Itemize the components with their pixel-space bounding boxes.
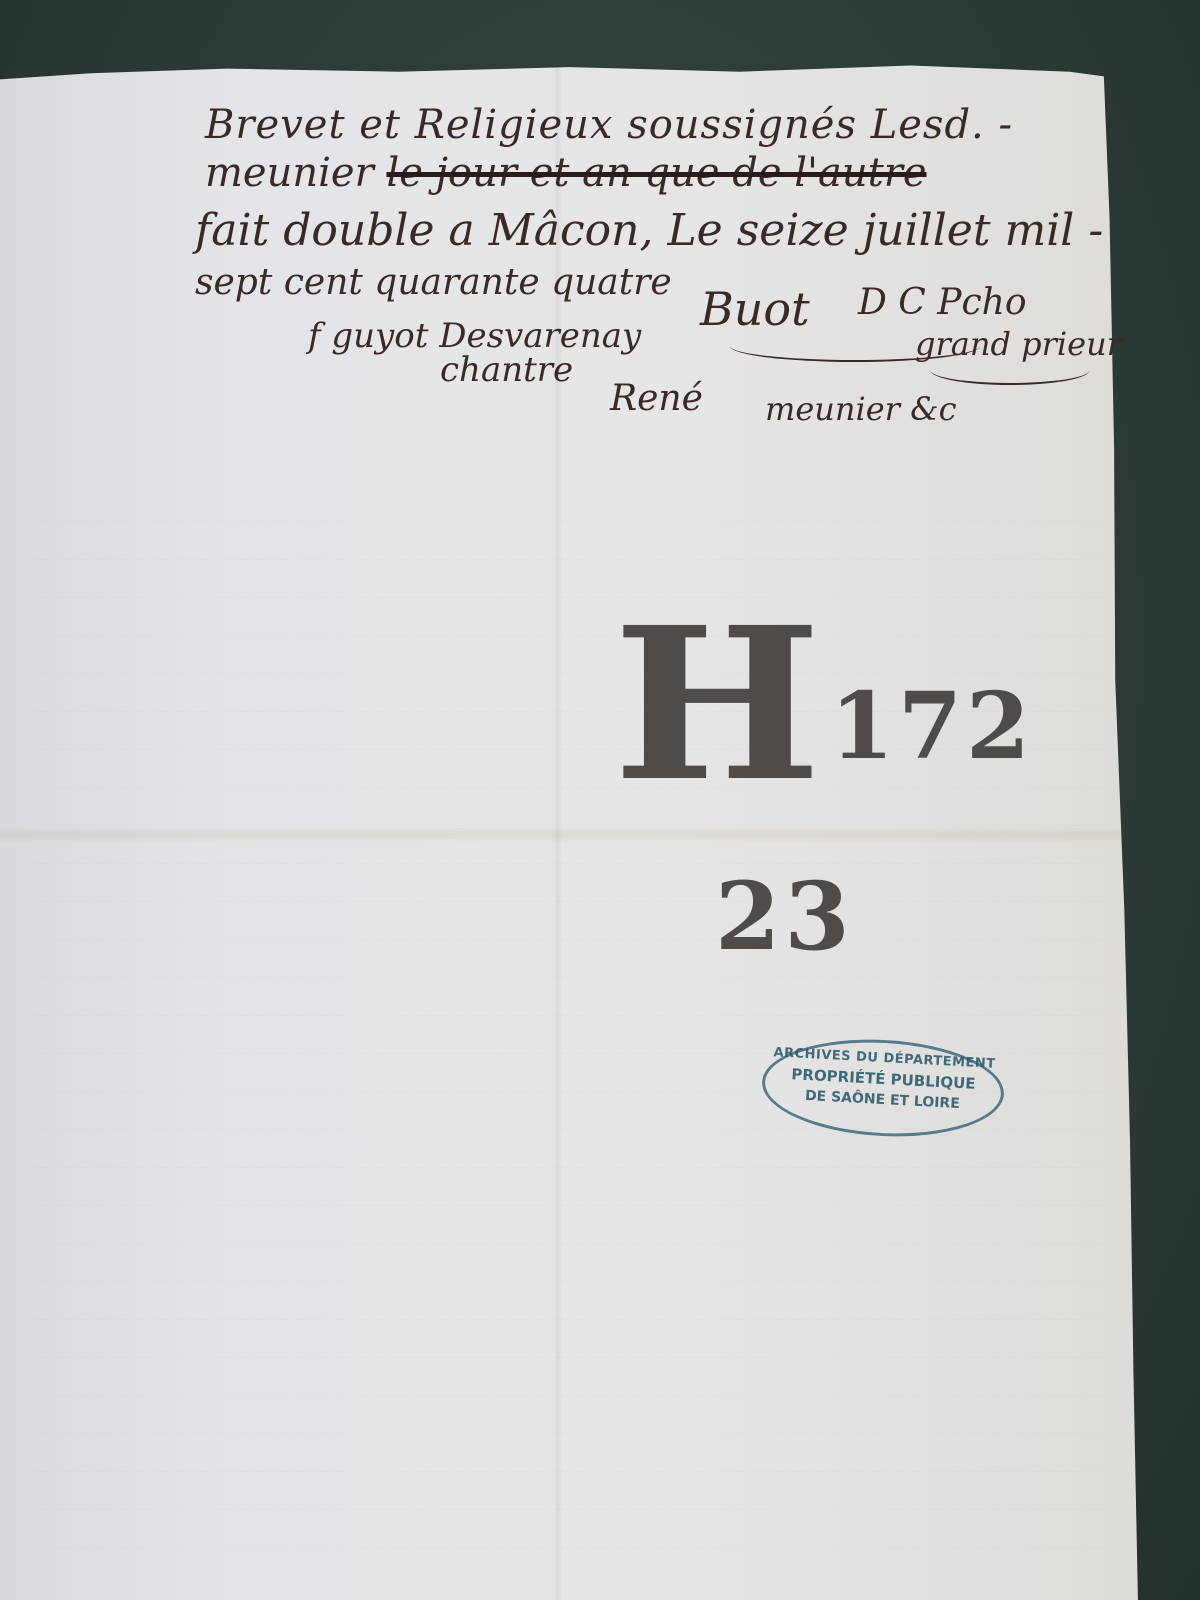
- handwritten-line-4: sept cent quarante quatre: [195, 262, 672, 303]
- signature-chantre: chantre: [440, 350, 573, 390]
- bleed-through-text: [30, 484, 1110, 1584]
- signature-flourish: [730, 330, 980, 362]
- signature-rene: René: [610, 378, 703, 419]
- shelfmark-series: H: [613, 600, 821, 810]
- handwritten-line-1: Brevet et Religieux soussignés Lesd. -: [205, 102, 1013, 148]
- signature-meunier: meunier &c: [765, 390, 957, 428]
- handwritten-line-2: meunier le jour et an que de l'autre: [205, 150, 927, 196]
- handwritten-line-3: fait double a Mâcon, Le seize juillet mi…: [195, 205, 1103, 256]
- signature-buot: Buot: [700, 282, 810, 336]
- signature-flourish: [930, 355, 1090, 385]
- shelfmark-item: 23: [715, 870, 854, 964]
- shelfmark-number: 172: [830, 680, 1034, 772]
- struck-through-text: le jour et an que de l'autre: [386, 150, 926, 196]
- signature-dc: D C Pcho: [858, 282, 1027, 323]
- handwritten-word-meunier: meunier: [205, 150, 386, 196]
